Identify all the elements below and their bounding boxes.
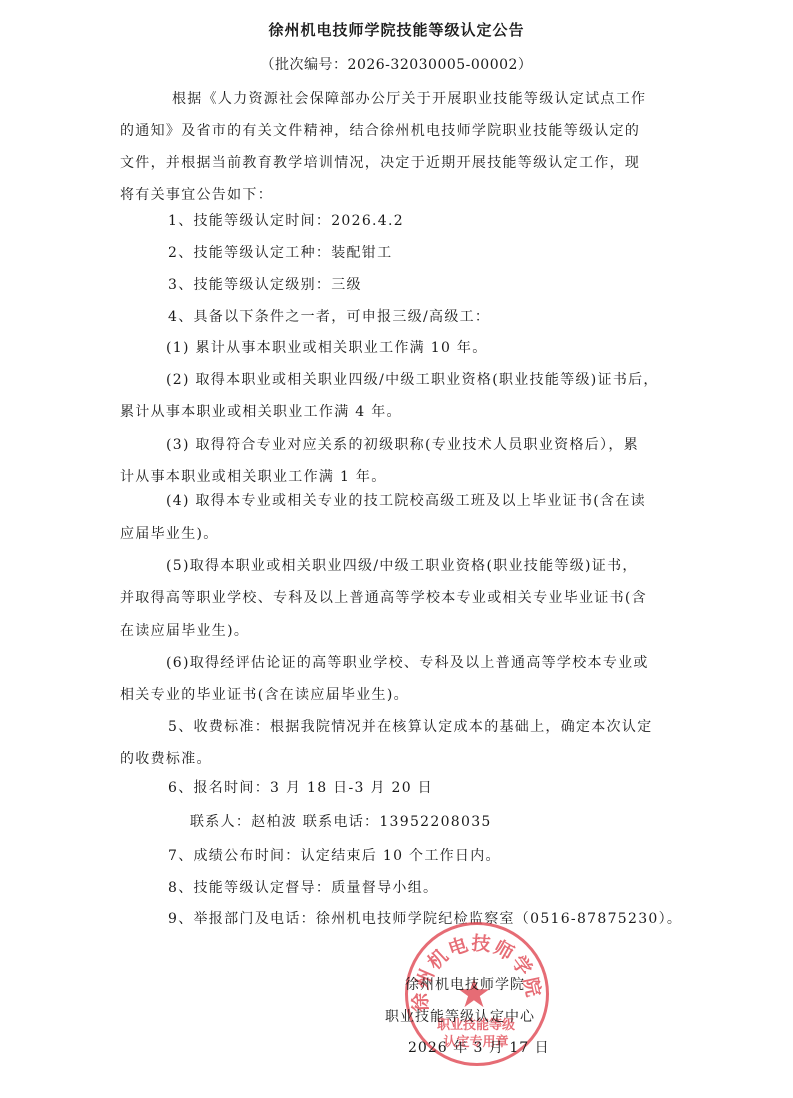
condition-4-cont: 应届毕业生)。 [120,523,219,543]
condition-3: (3) 取得符合专业对应关系的初级职称(专业技术人员职业资格后），累 [166,434,639,454]
condition-2: (2) 取得本职业或相关职业四级/中级工职业资格(职业技能等级)证书后， [166,369,659,389]
condition-4: (4) 取得本专业或相关专业的技工院校高级工班及以上毕业证书(含在读 [166,490,646,510]
condition-3-cont: 计从事本职业或相关职业工作满 1 年。 [120,466,387,486]
item-7: 7、成绩公布时间：认定结束后 10 个工作日内。 [168,845,501,865]
paragraph-line: 文件，并根据当前教育教学培训情况，决定于近期开展技能等级认定工作，现 [120,152,640,172]
item-9: 9、举报部门及电话：徐州机电技师学院纪检监察室（0516-87875230）。 [168,908,682,928]
document-title: 徐州机电技师学院技能等级认定公告 [0,19,793,40]
condition-2-cont: 累计从事本职业或相关职业工作满 4 年。 [120,401,402,421]
condition-6: (6)取得经评估论证的高等职业学校、专科及以上普通高等学校本专业或 [166,652,649,672]
condition-5: (5)取得本职业或相关职业四级/中级工职业资格(职业技能等级)证书， [166,555,638,575]
signature-org: 徐州机电技师学院 [405,974,525,994]
item-3: 3、技能等级认定级别：三级 [168,274,362,294]
condition-6-cont: 相关专业的毕业证书(含在读应届毕业生)。 [120,684,409,704]
item-8: 8、技能等级认定督导：质量督导小组。 [168,877,438,897]
item-2: 2、技能等级认定工种：装配钳工 [168,242,392,262]
paragraph-line: 将有关事宜公告如下： [120,184,273,204]
signature-date: 2026 年 3 月 17 日 [408,1037,550,1057]
contact-info: 联系人：赵柏波 联系电话：13952208035 [190,811,492,831]
item-5: 5、收费标准：根据我院情况并在核算认定成本的基础上，确定本次认定 [168,716,653,736]
item-4: 4、具备以下条件之一者，可申报三级/高级工： [168,306,490,326]
item-5-cont: 的收费标准。 [120,748,212,768]
svg-text:徐州机电技师学院: 徐州机电技师学院 [409,931,546,1012]
condition-1: (1) 累计从事本职业或相关职业工作满 10 年。 [166,337,488,357]
condition-5-cont2: 在读应届毕业生)。 [120,620,249,640]
condition-5-cont: 并取得高等职业学校、专科及以上普通高等学校本专业或相关专业毕业证书(含 [120,587,647,607]
paragraph-line: 的通知》及省市的有关文件精神，结合徐州机电技师学院职业技能等级认定的 [120,120,640,140]
paragraph-line: 根据《人力资源社会保障部办公厅关于开展职业技能等级认定试点工作 [172,88,646,108]
item-1: 1、技能等级认定时间：2026.4.2 [168,210,404,230]
batch-number: （批次编号：2026-32030005-00002） [0,54,793,74]
item-6: 6、报名时间：3 月 18 日-3 月 20 日 [168,777,433,797]
signature-dept: 职业技能等级认定中心 [385,1006,535,1026]
